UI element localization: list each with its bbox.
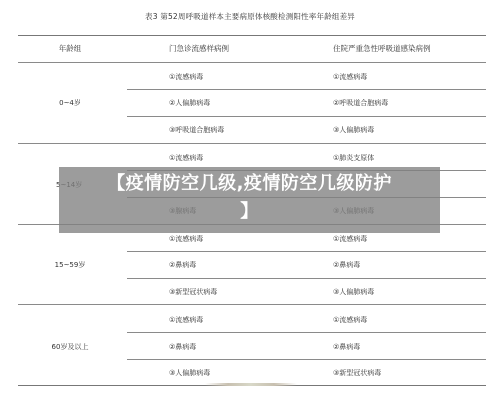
inpatient-cell: ①肺炎支原体 xyxy=(333,153,374,163)
row-divider xyxy=(127,116,486,117)
row-divider xyxy=(127,359,486,360)
inpatient-cell: ③人偏肺病毒 xyxy=(333,287,374,297)
group-divider xyxy=(18,143,486,144)
outpatient-cell: ①流感病毒 xyxy=(169,234,203,244)
top-rule xyxy=(18,35,486,36)
inpatient-cell: ②鼻病毒 xyxy=(333,260,360,270)
outpatient-cell: ①流感病毒 xyxy=(169,72,203,82)
inpatient-cell: ①流感病毒 xyxy=(333,72,367,82)
overlay-title-line1: 【疫情防空几级,疫情防空几级防护 xyxy=(59,170,440,198)
outpatient-cell: ③新型冠状病毒 xyxy=(169,287,217,297)
header-inpatient: 住院严重急性呼吸道感染病例 xyxy=(333,44,431,54)
row-divider xyxy=(127,278,486,279)
outpatient-cell: ③呼吸道合胞病毒 xyxy=(169,125,224,135)
outpatient-cell: ③人偏肺病毒 xyxy=(169,368,210,378)
row-divider xyxy=(127,332,486,333)
age-group-0-4: 0~4岁 xyxy=(0,98,140,108)
overlay-title: 【疫情防空几级,疫情防空几级防护 】 xyxy=(59,170,440,226)
header-age-group: 年龄组 xyxy=(0,44,140,54)
inpatient-cell: ①流感病毒 xyxy=(333,234,367,244)
age-group-60-plus: 60岁及以上 xyxy=(0,342,140,352)
inpatient-cell: ②呼吸道合胞病毒 xyxy=(333,98,388,108)
inpatient-cell: ①流感病毒 xyxy=(333,315,367,325)
table-title: 表3 第52周呼吸道样本主要病原体核酸检测阳性率年龄组差异 xyxy=(0,11,500,22)
age-group-15-59: 15~59岁 xyxy=(0,260,140,270)
outpatient-cell: ②鼻病毒 xyxy=(169,260,196,270)
row-divider xyxy=(127,251,486,252)
row-divider xyxy=(127,89,486,90)
overlay-title-line2: 】 xyxy=(59,198,440,226)
outpatient-cell: ②鼻病毒 xyxy=(169,342,196,352)
outpatient-cell: ①流感病毒 xyxy=(169,315,203,325)
inpatient-cell: ③新型冠状病毒 xyxy=(333,368,381,378)
header-rule xyxy=(18,62,486,63)
header-outpatient: 门急诊流感样病例 xyxy=(169,44,229,54)
inpatient-cell: ③人偏肺病毒 xyxy=(333,125,374,135)
outpatient-cell: ①流感病毒 xyxy=(169,153,203,163)
outpatient-cell: ②人偏肺病毒 xyxy=(169,98,210,108)
group-divider xyxy=(18,304,486,305)
inpatient-cell: ②鼻病毒 xyxy=(333,342,360,352)
decorative-shadow xyxy=(205,383,297,386)
